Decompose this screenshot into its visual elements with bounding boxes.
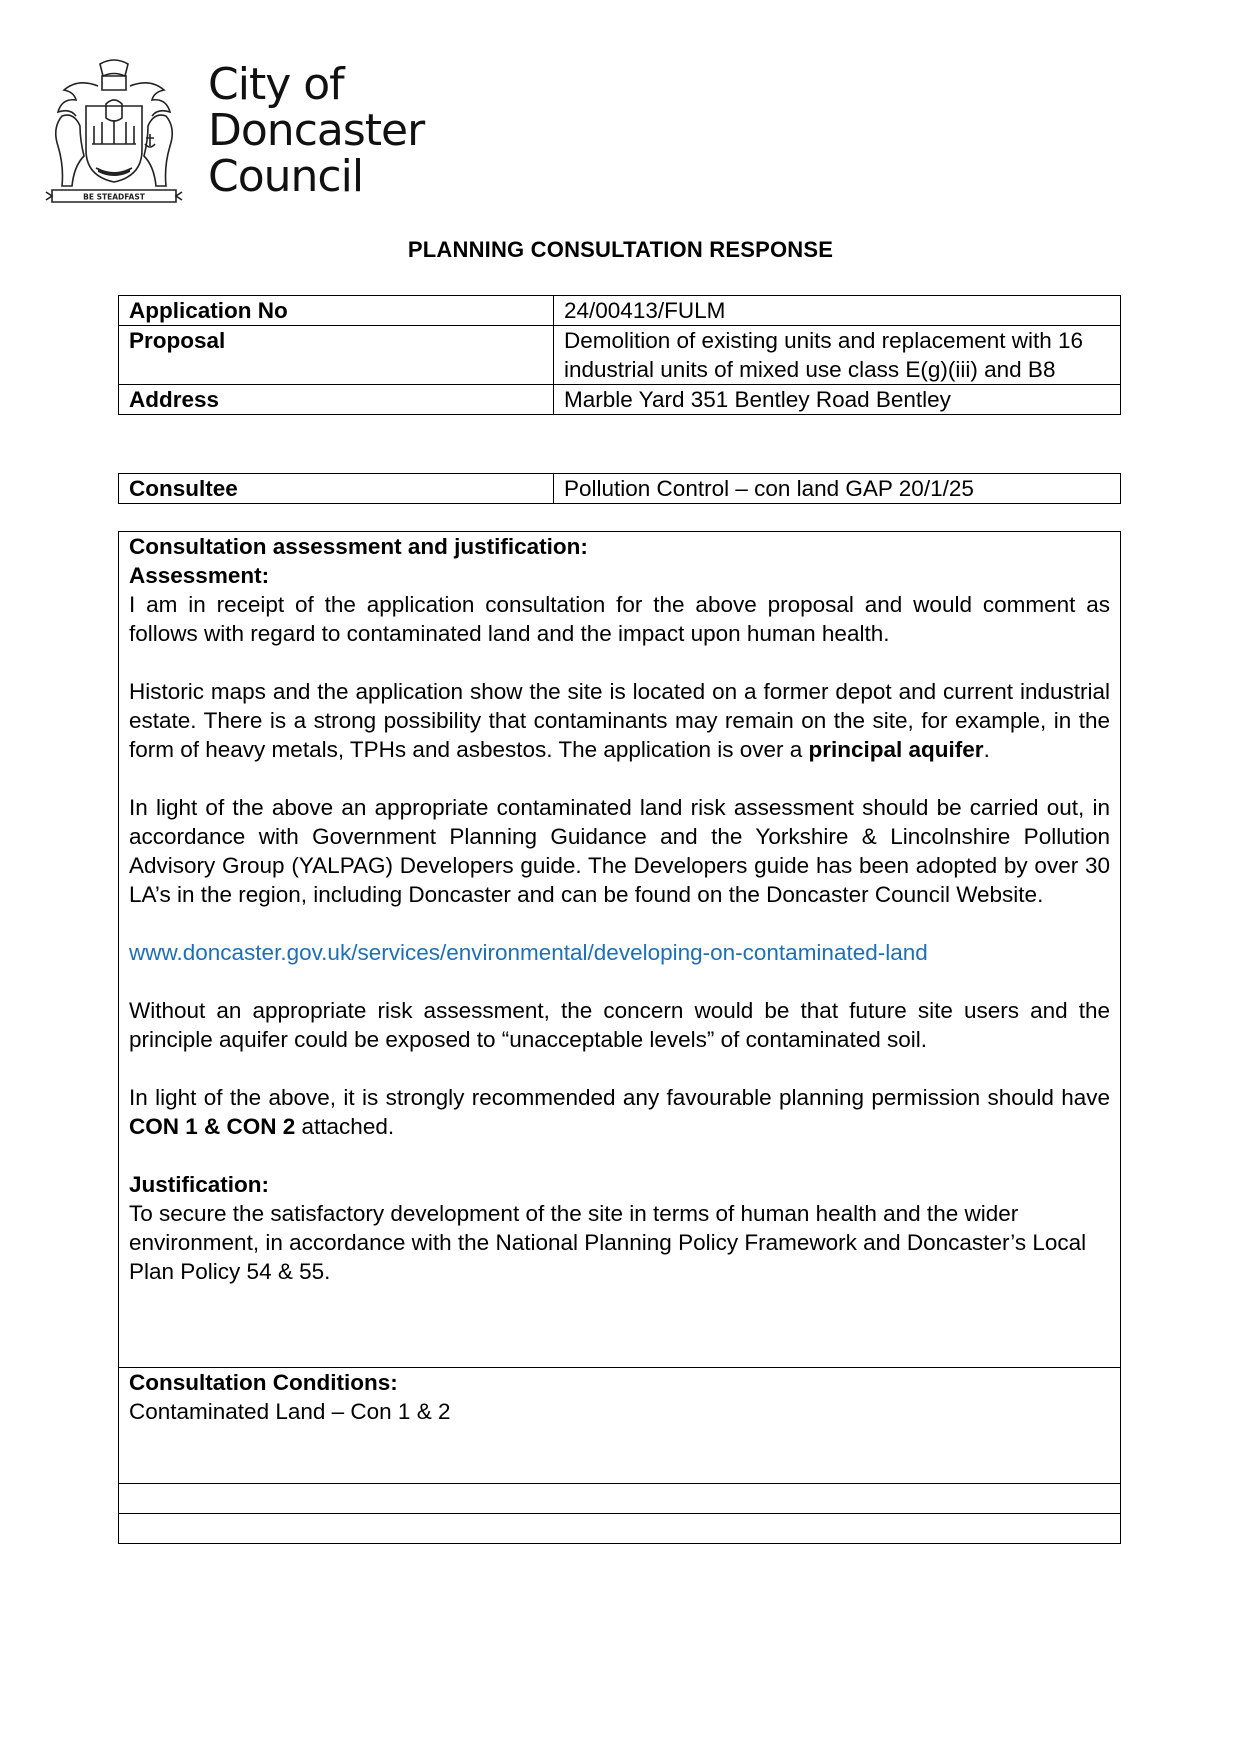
council-name-line-2: Doncaster [208,108,424,154]
justification-text: To secure the satisfactory development o… [129,1199,1110,1286]
council-name-line-1: City of [208,62,424,108]
justification-heading: Justification: [129,1170,1110,1199]
conditions-heading: Consultation Conditions: [129,1368,1110,1397]
table-row: Address Marble Yard 351 Bentley Road Ben… [119,385,1121,415]
consultee-value: Pollution Control – con land GAP 20/1/25 [554,474,1121,504]
coat-of-arms-crest-icon: BE STEADFAST [44,56,184,208]
assessment-paragraph-5: In light of the above, it is strongly re… [129,1083,1110,1141]
assessment-paragraph-2: Historic maps and the application show t… [129,677,1110,764]
blank-row [118,1513,1121,1544]
conditions-text: Contaminated Land – Con 1 & 2 [129,1397,1110,1426]
assessment-paragraph-3: In light of the above an appropriate con… [129,793,1110,909]
assessment-section-heading: Consultation assessment and justificatio… [129,532,1110,561]
proposal-value: Demolition of existing units and replace… [554,326,1121,385]
blank-row [118,1483,1121,1514]
application-no-label: Application No [119,296,554,326]
conditions-section: Consultation Conditions: Contaminated La… [118,1367,1121,1484]
assessment-section: Consultation assessment and justificatio… [118,531,1121,1368]
principal-aquifer-emphasis: principal aquifer [809,737,984,762]
address-label: Address [119,385,554,415]
document-title: PLANNING CONSULTATION RESPONSE [0,237,1241,263]
application-details-table: Application No 24/00413/FULM Proposal De… [118,295,1121,415]
council-logo: BE STEADFAST City of Doncaster Council [44,56,424,208]
table-row: Consultee Pollution Control – con land G… [119,474,1121,504]
conditions-emphasis: CON 1 & CON 2 [129,1114,295,1139]
council-name-line-3: Council [208,154,424,200]
consultee-table: Consultee Pollution Control – con land G… [118,473,1121,504]
assessment-subheading: Assessment: [129,561,1110,590]
assessment-paragraph-4: Without an appropriate risk assessment, … [129,996,1110,1054]
svg-text:BE STEADFAST: BE STEADFAST [83,193,146,202]
contaminated-land-guidance-link[interactable]: www.doncaster.gov.uk/services/environmen… [129,938,1110,967]
application-no-value: 24/00413/FULM [554,296,1121,326]
table-row: Application No 24/00413/FULM [119,296,1121,326]
address-value: Marble Yard 351 Bentley Road Bentley [554,385,1121,415]
consultee-label: Consultee [119,474,554,504]
proposal-label: Proposal [119,326,554,385]
assessment-paragraph-1: I am in receipt of the application consu… [129,590,1110,648]
council-name: City of Doncaster Council [208,62,424,200]
table-row: Proposal Demolition of existing units an… [119,326,1121,385]
